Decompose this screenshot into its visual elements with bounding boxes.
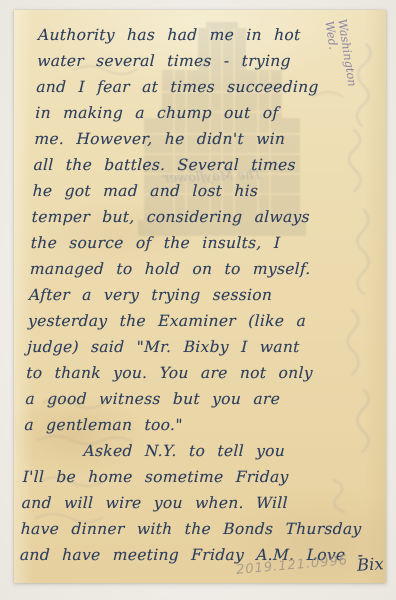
letter-line: a gentleman too."	[24, 412, 369, 438]
letter-line: judge) said "Mr. Bixby I want	[27, 334, 372, 360]
letter-line: Asked N.Y. to tell you	[23, 438, 368, 464]
letter-line: he got mad and lost his	[32, 178, 377, 204]
letter-line: all the battles. Several times	[33, 152, 378, 178]
signature: Bix	[357, 554, 385, 574]
letter-body: Authority has had me in hot water severa…	[19, 22, 382, 568]
letter-line: yesterday the Examiner (like a	[28, 308, 373, 334]
letter-line: I'll be home sometime Friday	[22, 464, 367, 490]
letter-line: After a very trying session	[29, 282, 374, 308]
letter-line: to thank you. You are not only	[26, 360, 371, 386]
letter-paper: The Mayflower Authority has had m	[14, 10, 386, 583]
letter-line: the source of the insults, I	[30, 230, 375, 256]
letter-line: managed to hold on to myself.	[29, 256, 374, 282]
letter-line: and will wire you when. Will	[21, 490, 366, 516]
letter-line: a good witness but you are	[25, 386, 370, 412]
letter-line: and I fear at times succeeding	[36, 74, 381, 100]
letter-line: have dinner with the Bonds Thursday	[20, 516, 365, 542]
letter-line: in making a chump out of	[35, 100, 380, 126]
letter-line: me. However, he didn't win	[34, 126, 379, 152]
letter-line: temper but, considering always	[31, 204, 376, 230]
